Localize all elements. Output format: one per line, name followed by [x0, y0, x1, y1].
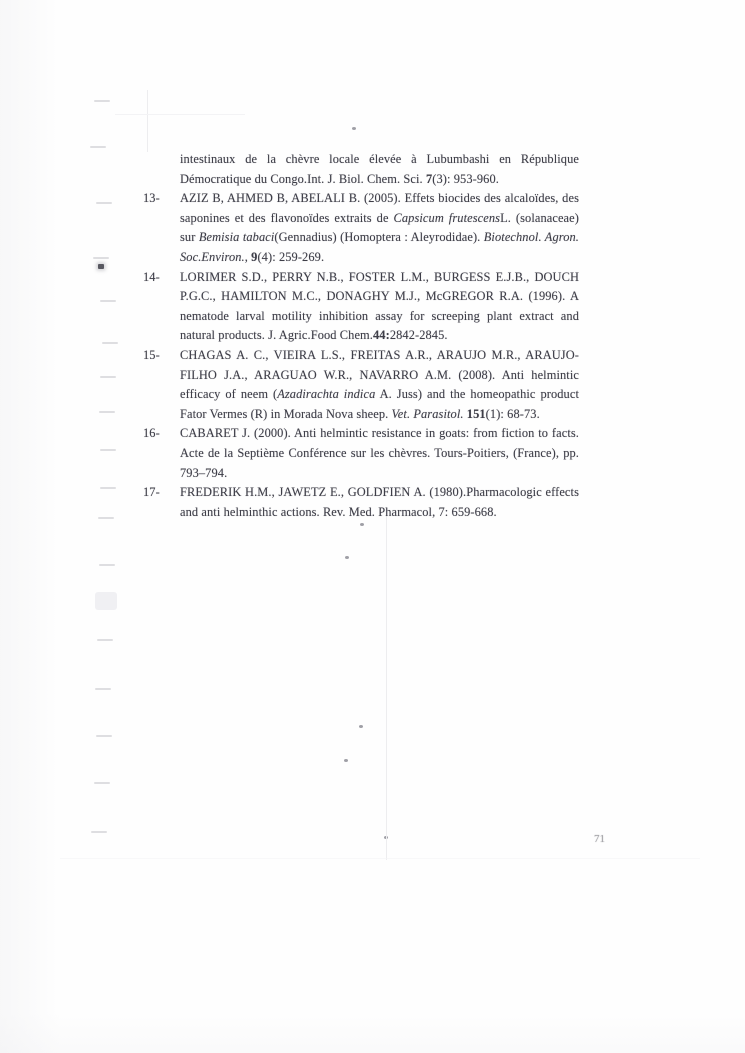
- scan-artifact-dash: [100, 300, 116, 302]
- scan-artifact-dash: [91, 831, 107, 833]
- page-edge-shadow: [60, 858, 700, 859]
- reference-text-segment: (Gennadius) (Homoptera : Aleyrodidae).: [274, 230, 483, 244]
- scan-speck: [360, 523, 364, 526]
- reference-entry: 15-CHAGAS A. C., VIEIRA L.S., FREITAS A.…: [143, 346, 579, 424]
- scan-artifact-dash: [96, 202, 112, 204]
- scan-speck: [344, 759, 348, 762]
- scan-artifact-dash: [96, 735, 112, 737]
- reference-number: 16-: [143, 424, 180, 444]
- scan-speck: [359, 725, 363, 728]
- scan-speck: [352, 127, 356, 130]
- scan-speck: [384, 836, 388, 839]
- scan-speck: [345, 556, 349, 559]
- reference-entry: intestinaux de la chèvre locale élevée à…: [143, 150, 579, 189]
- reference-entry: 13-AZIZ B, AHMED B, ABELALI B. (2005). E…: [143, 189, 579, 267]
- reference-text-segment: 44:: [373, 328, 390, 342]
- scan-artifact-dash: [100, 487, 116, 489]
- reference-number: 17-: [143, 483, 180, 503]
- references-list: intestinaux de la chèvre locale élevée à…: [143, 150, 579, 522]
- scan-artifact-dash: [90, 146, 106, 148]
- reference-text-segment: CABARET J. (2000). Anti helmintic resist…: [180, 426, 579, 479]
- scan-artifact-dash: [97, 639, 113, 641]
- reference-number: 13-: [143, 189, 180, 209]
- reference-entry: 17-FREDERIK H.M., JAWETZ E., GOLDFIEN A.…: [143, 483, 579, 522]
- reference-text-segment: intestinaux de la chèvre locale élevée à…: [180, 152, 579, 186]
- scan-artifact-dot: [98, 264, 104, 269]
- reference-text-segment: Capsicum frutescens: [394, 211, 501, 225]
- reference-text-segment: Vet. Parasitol.: [392, 407, 464, 421]
- page-number: 71: [594, 833, 605, 845]
- scan-artifact-blob: [95, 592, 117, 610]
- reference-number: 14-: [143, 268, 180, 288]
- scan-artifact-dash: [100, 376, 116, 378]
- scan-artifact-dash: [94, 782, 110, 784]
- scan-artifact-dash: [99, 411, 115, 413]
- reference-text-segment: FREDERIK H.M., JAWETZ E., GOLDFIEN A. (1…: [180, 485, 579, 519]
- scan-artifact-dash: [99, 564, 115, 566]
- reference-text-segment: 2842-2845.: [390, 328, 448, 342]
- reference-text-segment: (1): 68-73.: [486, 407, 540, 421]
- scan-artifact-dash: [102, 342, 118, 344]
- scanned-page: intestinaux de la chèvre locale élevée à…: [0, 0, 745, 1053]
- paper-fold-line: [115, 114, 245, 115]
- paper-fold-line: [386, 515, 387, 860]
- reference-entry: 14-LORIMER S.D., PERRY N.B., FOSTER L.M.…: [143, 268, 579, 346]
- reference-entry: 16-CABARET J. (2000). Anti helmintic res…: [143, 424, 579, 483]
- scan-artifact-dash: [94, 100, 110, 102]
- reference-number: 15-: [143, 346, 180, 366]
- reference-text-segment: Bemisia tabaci: [199, 230, 275, 244]
- reference-text-segment: (3): 953-960.: [432, 172, 499, 186]
- paper-fold-line: [147, 90, 148, 152]
- scan-artifact-dash: [95, 688, 111, 690]
- scan-artifact-dash: [98, 517, 114, 519]
- reference-text-segment: Azadirachta indica: [277, 387, 375, 401]
- scan-artifact-dash: [93, 257, 109, 259]
- scan-artifact-dash: [100, 449, 116, 451]
- reference-text-segment: 151: [467, 407, 486, 421]
- reference-text-segment: (4): 259-269.: [257, 250, 324, 264]
